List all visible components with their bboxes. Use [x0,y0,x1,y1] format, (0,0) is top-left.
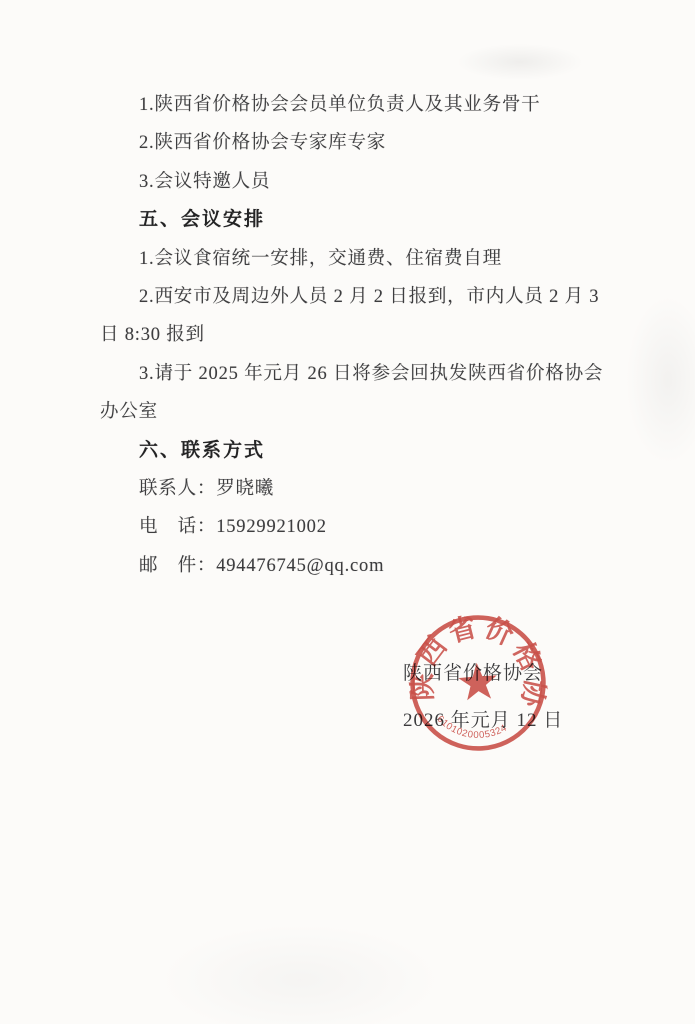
signature-block: 陕西省价格协会 2026 年元月 12 日 [403,650,563,744]
list-item: 2.西安市及周边外人员 2 月 2 日报到，市内人员 2 月 3 [100,278,620,316]
list-item-continuation: 日 8:30 报到 [100,316,620,354]
list-item-continuation: 办公室 [100,393,620,431]
section-heading: 六、联系方式 [100,432,620,470]
contact-person-line: 联系人：罗晓曦 [100,470,620,508]
list-item: 2.陕西省价格协会专家库专家 [100,124,620,162]
list-item: 1.陕西省价格协会会员单位负责人及其业务骨干 [100,86,620,124]
document-page: 1.陕西省价格协会会员单位负责人及其业务骨干 2.陕西省价格协会专家库专家 3.… [0,0,695,1024]
list-item: 3.会议特邀人员 [100,163,620,201]
contact-phone-line: 电 话：15929921002 [100,508,620,546]
list-item: 1.会议食宿统一安排，交通费、住宿费自理 [100,240,620,278]
list-item: 3.请于 2025 年元月 26 日将参会回执发陕西省价格协会 [100,355,620,393]
section-heading: 五、会议安排 [100,201,620,239]
signature-date: 2026 年元月 12 日 [403,697,563,744]
document-body: 1.陕西省价格协会会员单位负责人及其业务骨干 2.陕西省价格协会专家库专家 3.… [100,86,620,585]
contact-email-line: 邮 件：494476745@qq.com [100,547,620,585]
signature-org: 陕西省价格协会 [403,650,563,697]
